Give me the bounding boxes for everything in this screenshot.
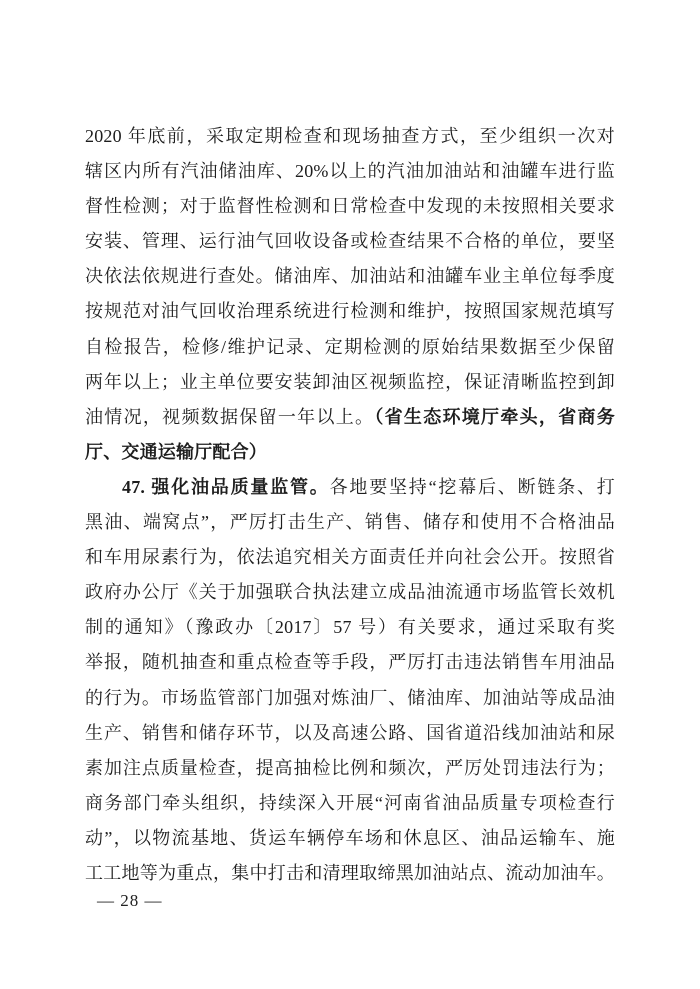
text-line: 举报，随机抽查和重点检查等手段，严厉打击违法销售车用油品 [85,645,615,680]
responsible-agency-segment: 厅、交通运输厅配合） [85,442,267,462]
text-segment: 2020 年底前，采取定期检查和现场抽查方式，至少组织一次对 [85,126,615,146]
text-segment: 素加注点质量检查，提高抽检比例和频次，严厉处罚违法行为； [85,758,615,778]
text-line: 油情况，视频数据保留一年以上。（省生态环境厅牵头，省商务 [85,400,615,435]
text-line: 素加注点质量检查，提高抽检比例和频次，严厉处罚违法行为； [85,751,615,786]
text-line: 督性检测；对于监督性检测和日常检查中发现的未按照相关要求 [85,189,615,224]
responsible-agency-segment: （省生态环境厅牵头，省商务 [374,407,615,427]
text-segment: 督性检测；对于监督性检测和日常检查中发现的未按照相关要求 [85,196,615,216]
text-segment: 黑油、端窝点”，严厉打击生产、销售、储存和使用不合格油品 [85,512,615,532]
text-line: 2020 年底前，采取定期检查和现场抽查方式，至少组织一次对 [85,119,615,154]
text-segment: 按规范对油气回收治理系统进行检测和维护，按照国家规范填写 [85,301,615,321]
text-line: 黑油、端窝点”，严厉打击生产、销售、储存和使用不合格油品 [85,505,615,540]
text-segment: 制的通知》（豫政办〔2017〕57 号）有关要求，通过采取有奖 [85,617,615,637]
text-line: 和车用尿素行为，依法追究相关方面责任并向社会公开。按照省 [85,540,615,575]
text-segment: 动”，以物流基地、货运车辆停车场和休息区、油品运输车、施 [85,828,615,848]
text-line: 工工地等为重点，集中打击和清理取缔黑加油站点、流动加油车。 [85,856,615,891]
text-line: 47. 强化油品质量监管。各地要坚持“挖幕后、断链条、打 [85,470,615,505]
text-line: 政府办公厅《关于加强联合执法建立成品油流通市场监管长效机 [85,575,615,610]
text-segment: 的行为。市场监管部门加强对炼油厂、储油库、加油站等成品油 [85,688,615,708]
text-line: 的行为。市场监管部门加强对炼油厂、储油库、加油站等成品油 [85,681,615,716]
text-segment: 两年以上；业主单位要安装卸油区视频监控，保证清晰监控到卸 [85,372,615,392]
text-line: 商务部门牵头组织，持续深入开展“河南省油品质量专项检查行 [85,786,615,821]
text-segment: 举报，随机抽查和重点检查等手段，严厉打击违法销售车用油品 [85,652,615,672]
text-line: 决依法依规进行查处。储油库、加油站和油罐车业主单位每季度 [85,259,615,294]
text-segment: 油情况，视频数据保留一年以上。 [85,407,374,427]
text-segment: 决依法依规进行查处。储油库、加油站和油罐车业主单位每季度 [85,266,615,286]
document-page: 2020 年底前，采取定期检查和现场抽查方式，至少组织一次对辖区内所有汽油储油库… [0,0,700,989]
text-line: 按规范对油气回收治理系统进行检测和维护，按照国家规范填写 [85,294,615,329]
text-line: 厅、交通运输厅配合） [85,435,615,470]
text-segment: 生产、销售和储存环节，以及高速公路、国省道沿线加油站和尿 [85,723,615,743]
text-segment: 安装、管理、运行油气回收设备或检查结果不合格的单位，要坚 [85,231,615,251]
text-segment: 工工地等为重点，集中打击和清理取缔黑加油站点、流动加油车。 [85,863,615,883]
text-line: 自检报告，检修/维护记录、定期检测的原始结果数据至少保留 [85,330,615,365]
text-line: 安装、管理、运行油气回收设备或检查结果不合格的单位，要坚 [85,224,615,259]
text-segment: 政府办公厅《关于加强联合执法建立成品油流通市场监管长效机 [85,582,615,602]
text-line: 动”，以物流基地、货运车辆停车场和休息区、油品运输车、施 [85,821,615,856]
item-heading-segment: 47. 强化油品质量监管。 [122,477,330,497]
text-line: 两年以上；业主单位要安装卸油区视频监控，保证清晰监控到卸 [85,365,615,400]
text-line: 制的通知》（豫政办〔2017〕57 号）有关要求，通过采取有奖 [85,610,615,645]
text-segment: 各地要坚持“挖幕后、断链条、打 [330,477,615,497]
text-segment: 商务部门牵头组织，持续深入开展“河南省油品质量专项检查行 [85,793,615,813]
body-text: 2020 年底前，采取定期检查和现场抽查方式，至少组织一次对辖区内所有汽油储油库… [85,119,615,891]
text-segment: 和车用尿素行为，依法追究相关方面责任并向社会公开。按照省 [85,547,615,567]
page-number: — 28 — [97,889,163,913]
text-segment: 自检报告，检修/维护记录、定期检测的原始结果数据至少保留 [85,337,615,357]
text-line: 辖区内所有汽油储油库、20%以上的汽油加油站和油罐车进行监 [85,154,615,189]
text-segment: 辖区内所有汽油储油库、20%以上的汽油加油站和油罐车进行监 [85,161,615,181]
text-line: 生产、销售和储存环节，以及高速公路、国省道沿线加油站和尿 [85,716,615,751]
